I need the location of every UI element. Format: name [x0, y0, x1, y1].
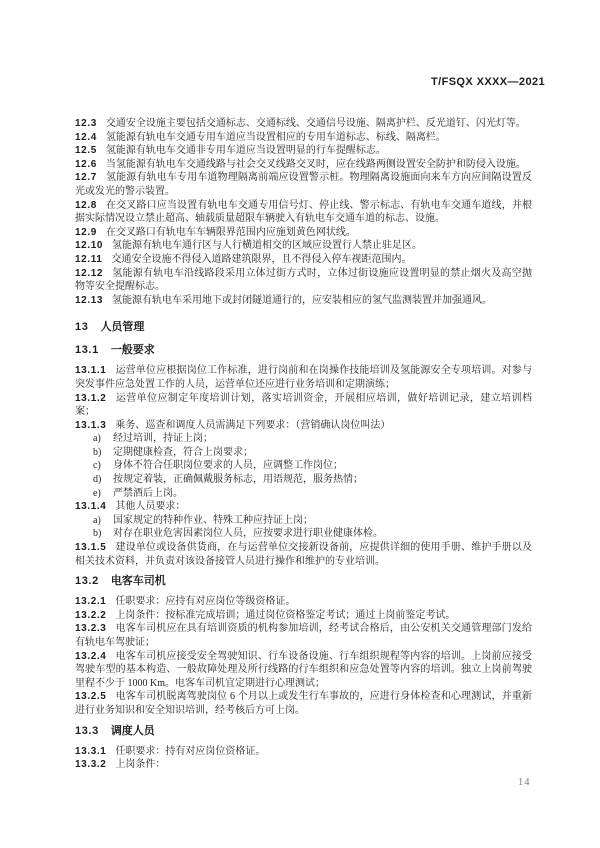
list-item-text: 对存在职业危害因素岗位人员，应按要求进行职业健康体检。 [113, 528, 383, 539]
clause-13.1.2: 13.1.2运营单位应制定年度培训计划，落实培训资金，开展相应培训，做好培训记录… [75, 392, 532, 419]
list-marker: b) [93, 446, 113, 460]
clause-text: 电客车司机脱离驾驶岗位 6 个月以上或发生行车事故的，应进行身体检查和心理测试，… [75, 691, 532, 716]
clause-text: 氢能源有轨电车交通非专用车道应当设置明显的行车提醒标志。 [106, 145, 386, 156]
clause-13.1.5: 13.1.5建设单位或设备供货商，在与运营单位交接新设备前，应提供详细的使用手册… [75, 541, 532, 568]
clause-number: 13.2.5 [75, 691, 106, 702]
list-item-text: 按规定着装，正确佩戴服务标志，用语规范，服务热情； [113, 474, 363, 485]
clause-number: 13.1.1 [75, 365, 106, 376]
clause-text: 氢能源有轨电车专用车道物理隔离前端应设置警示桩。物理隔离设施面向来车方向应间隔设… [75, 172, 532, 197]
clause-number: 12.12 [75, 268, 103, 279]
document-page: T/FSQX XXXX—2021 12.3交通安全设施主要包括交通标志、交通标线… [0, 0, 600, 848]
clause-text: 当氢能源有轨电车交通线路与社会交叉线路交叉时，应在线路两侧设置安全防护和防侵入设… [106, 159, 526, 170]
clause-number: 13.3 [75, 725, 99, 737]
clause-12.9: 12.9在交叉路口有轨电车车辆限界范围内应施划黄色网状线。 [75, 226, 532, 240]
clause-text: 氢能源有轨电车通行区与人行横道相交的区域应设置行人禁止驻足区。 [112, 240, 422, 251]
clause-text: 建设单位或设备供货商，在与运营单位交接新设备前，应提供详细的使用手册、维护手册以… [75, 542, 532, 567]
standard-reference-header: T/FSQX XXXX—2021 [431, 76, 545, 88]
clause-text: 任职要求：持有对应岗位资格证。 [115, 746, 265, 757]
clause-number: 13.1.4 [75, 501, 106, 512]
list-item-text: 身体不符合任职岗位要求的人员，应调整工作岗位； [113, 460, 343, 471]
clause-number: 12.5 [75, 145, 97, 156]
clause-12.3: 12.3交通安全设施主要包括交通标志、交通标线、交通信号设施、隔离护栏、反光道钉… [75, 117, 532, 131]
clause-13.3.1: 13.3.1任职要求：持有对应岗位资格证。 [75, 745, 532, 759]
list-marker: e) [93, 487, 113, 501]
clause-12.10: 12.10氢能源有轨电车通行区与人行横道相交的区域应设置行人禁止驻足区。 [75, 239, 532, 253]
clause-text: 上岗条件：按标准完成培训；通过岗位资格鉴定考试；通过上岗前鉴定考试。 [115, 610, 455, 621]
section-13: 13人员管理 [75, 320, 532, 334]
clause-text: 电客车司机应接受安全驾驶知识、行车设备设施、行车组织规程等内容的培训。上岗前应接… [75, 651, 532, 689]
clause-text: 调度人员 [111, 725, 155, 737]
clause-text: 运营单位应根据岗位工作标准，进行岗前和在岗操作技能培训及氢能源安全专项培训。对参… [75, 365, 532, 390]
clause-12.6: 12.6当氢能源有轨电车交通线路与社会交叉线路交叉时，应在线路两侧设置安全防护和… [75, 158, 532, 172]
clause-number: 12.10 [75, 240, 103, 251]
clause-text: 交通安全设施主要包括交通标志、交通标线、交通信号设施、隔离护栏、反光道钉、闪光灯… [106, 118, 526, 129]
clause-number: 13.1.2 [75, 393, 106, 404]
clause-text: 运营单位应制定年度培训计划，落实培训资金，开展相应培训，做好培训记录，建立培训档… [75, 393, 532, 418]
clause-number: 13.3.2 [75, 759, 106, 770]
clause-number: 12.6 [75, 159, 97, 170]
clause-text: 人员管理 [100, 321, 144, 333]
clause-text: 一般要求 [111, 344, 155, 356]
clause-number: 12.8 [75, 200, 97, 211]
list-item-a-22: a)国家规定的特种作业、特殊工种应持证上岗； [75, 514, 532, 528]
clause-12.8: 12.8在交叉路口应当设置有轨电车交通专用信号灯、停止线、警示标志、有轨电车交通… [75, 199, 532, 226]
clause-text: 上岗条件： [115, 759, 165, 770]
list-item-d-19: d)按规定着装，正确佩戴服务标志，用语规范，服务热情； [75, 473, 532, 487]
clause-number: 13.3.1 [75, 746, 106, 757]
clause-number: 13.2.4 [75, 651, 106, 662]
clause-13.2.3: 13.2.3电客车司机应在具有培训资质的机构参加培训，经考试合格后，由公安机关交… [75, 622, 532, 649]
clause-text: 在交叉路口有轨电车车辆限界范围内应施划黄色网状线。 [106, 227, 356, 238]
list-item-text: 经过培训，持证上岗； [113, 433, 213, 444]
clause-number: 12.13 [75, 295, 103, 306]
list-marker: b) [93, 527, 113, 541]
clause-13.2.1: 13.2.1任职要求：应持有对应岗位等级资格证。 [75, 595, 532, 609]
clause-number: 12.9 [75, 227, 97, 238]
list-marker: a) [93, 432, 113, 446]
page-number: 14 [518, 777, 531, 788]
list-item-text: 国家规定的特种作业、特殊工种应持证上岗； [113, 515, 313, 526]
clause-number: 13.2.1 [75, 596, 106, 607]
clause-number: 12.4 [75, 132, 97, 143]
clause-12.7: 12.7氢能源有轨电车专用车道物理隔离前端应设置警示桩。物理隔离设施面向来车方向… [75, 171, 532, 198]
list-item-a-16: a)经过培训，持证上岗； [75, 432, 532, 446]
list-marker: d) [93, 473, 113, 487]
subsection-13.2: 13.2电客车司机 [75, 574, 532, 588]
clause-12.4: 12.4氢能源有轨电车交通专用车道应当设置相应的专用车道标志、标线、隔离栏。 [75, 131, 532, 145]
list-item-text: 定期健康检查，符合上岗要求； [113, 447, 253, 458]
clause-text: 任职要求：应持有对应岗位等级资格证。 [115, 596, 295, 607]
list-item-e-20: e)严禁酒后上岗。 [75, 487, 532, 501]
clause-text: 在交叉路口应当设置有轨电车交通专用信号灯、停止线、警示标志、有轨电车交通车道线，… [75, 200, 532, 225]
clause-number: 13.2 [75, 575, 99, 587]
clause-12.11: 12.11交通安全设施不得侵入道路建筑限界，且不得侵入停车视距范围内。 [75, 253, 532, 267]
clause-12.5: 12.5氢能源有轨电车交通非专用车道应当设置明显的行车提醒标志。 [75, 144, 532, 158]
clause-13.2.5: 13.2.5电客车司机脱离驾驶岗位 6 个月以上或发生行车事故的，应进行身体检查… [75, 690, 532, 717]
clause-number: 13.1.3 [75, 420, 106, 431]
clause-13.1.3: 13.1.3乘务、巡查和调度人员需满足下列要求：（营销确认岗位叫法） [75, 419, 532, 433]
list-item-b-17: b)定期健康检查，符合上岗要求； [75, 446, 532, 460]
clause-number: 13.1.5 [75, 542, 106, 553]
clause-text: 氢能源有轨电车沿线路段采用立体过街方式时，立体过街设施应设置明显的禁止烟火及高空… [75, 268, 532, 293]
document-body: 12.3交通安全设施主要包括交通标志、交通标线、交通信号设施、隔离护栏、反光道钉… [75, 117, 532, 772]
clause-number: 13 [75, 321, 88, 333]
clause-12.13: 12.13氢能源有轨电车采用地下或封闭隧道通行的，应安装相应的氢气监测装置并加强… [75, 294, 532, 308]
clause-text: 乘务、巡查和调度人员需满足下列要求：（营销确认岗位叫法） [115, 420, 390, 431]
clause-number: 12.11 [75, 254, 102, 265]
list-marker: c) [93, 459, 113, 473]
list-item-text: 严禁酒后上岗。 [113, 488, 183, 499]
clause-number: 12.3 [75, 118, 97, 129]
clause-text: 氢能源有轨电车采用地下或封闭隧道通行的，应安装相应的氢气监测装置并加强通风。 [112, 295, 492, 306]
clause-number: 13.2.3 [75, 623, 106, 634]
clause-13.1.4: 13.1.4其他人员要求： [75, 500, 532, 514]
clause-number: 13.2.2 [75, 610, 106, 621]
subsection-13.1: 13.1一般要求 [75, 343, 532, 357]
list-item-b-23: b)对存在职业危害因素岗位人员，应按要求进行职业健康体检。 [75, 527, 532, 541]
clause-13.1.1: 13.1.1运营单位应根据岗位工作标准，进行岗前和在岗操作技能培训及氢能源安全专… [75, 364, 532, 391]
list-item-c-18: c)身体不符合任职岗位要求的人员，应调整工作岗位； [75, 459, 532, 473]
clause-text: 交通安全设施不得侵入道路建筑限界，且不得侵入停车视距范围内。 [111, 254, 411, 265]
clause-number: 12.7 [75, 172, 97, 183]
clause-text: 氢能源有轨电车交通专用车道应当设置相应的专用车道标志、标线、隔离栏。 [106, 132, 446, 143]
clause-13.3.2: 13.3.2上岗条件： [75, 758, 532, 772]
clause-text: 其他人员要求： [115, 501, 185, 512]
clause-text: 电客车司机应在具有培训资质的机构参加培训，经考试合格后，由公安机关交通管理部门发… [75, 623, 532, 648]
clause-12.12: 12.12氢能源有轨电车沿线路段采用立体过街方式时，立体过街设施应设置明显的禁止… [75, 267, 532, 294]
subsection-13.3: 13.3调度人员 [75, 724, 532, 738]
clause-number: 13.1 [75, 344, 99, 356]
list-marker: a) [93, 514, 113, 528]
clause-13.2.2: 13.2.2上岗条件：按标准完成培训；通过岗位资格鉴定考试；通过上岗前鉴定考试。 [75, 609, 532, 623]
clause-text: 电客车司机 [111, 575, 166, 587]
clause-13.2.4: 13.2.4电客车司机应接受安全驾驶知识、行车设备设施、行车组织规程等内容的培训… [75, 650, 532, 691]
